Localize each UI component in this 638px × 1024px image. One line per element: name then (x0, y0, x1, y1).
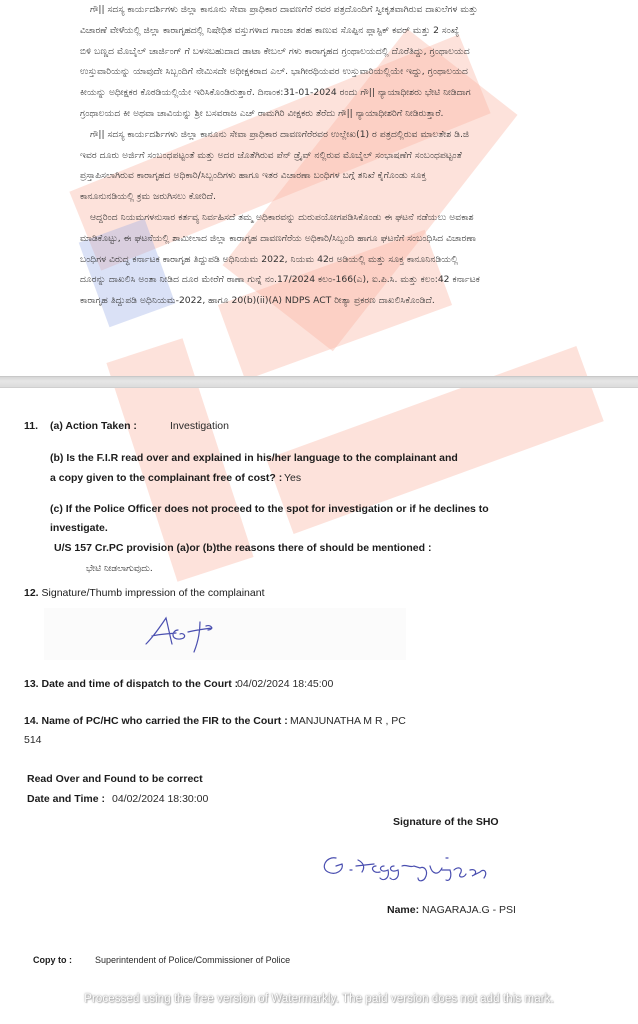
readover-date-value: 04/02/2024 18:30:00 (112, 793, 208, 805)
officer-decline-reason: ಭೇಟಿ ನೀಡಲಾಗುವುದು. (86, 564, 153, 574)
readover-date-label: Date and Time : (27, 793, 105, 805)
sho-signature-label: Signature of the SHO (393, 816, 499, 828)
fir-read-question-line2: a copy given to the complainant free of … (50, 472, 282, 484)
document-page: ಗೌ|| ಸದಸ್ಯ ಕಾರ್ಯದರ್ಶಿಗಳು ಜಿಲ್ಲಾ ಕಾನೂನು ಸ… (0, 0, 638, 1024)
text-line: ಕಾನೂನುನಡಿಯಲ್ಲಿ ಕ್ರಮ ಜರುಗಿಸಲು ಕೋರಿದೆ. (80, 187, 580, 208)
page-break-divider (0, 376, 638, 388)
officer-decline-question-line1: (c) If the Police Officer does not proce… (50, 503, 489, 515)
fir-carrier-value-cont: 514 (24, 734, 42, 746)
fir-carrier-value: MANJUNATHA M R , PC (290, 715, 406, 727)
watermark-notice: Processed using the free version of Wate… (0, 993, 638, 1005)
sho-name: Name: NAGARAJA.G - PSI (387, 904, 516, 916)
complainant-signature-icon (140, 612, 240, 660)
officer-decline-question-line2: investigate. (50, 522, 108, 534)
text-line: ಆದ್ದರಿಂದ ನಿಯಮಗಳನುಸಾರ ಕರ್ತವ್ಯ ನಿರ್ವಹಿಸದೆ … (80, 208, 580, 229)
readover-label: Read Over and Found to be correct (27, 773, 203, 785)
text-line: ಕೀಯನ್ನು ಅಧೀಕ್ಷಕರ ಕೊಠಡಿಯಲ್ಲಿಯೇ ಇರಿಸಿಕೊಂಡಿ… (80, 83, 580, 104)
dispatch-to-court-label: 13. Date and time of dispatch to the Cou… (24, 678, 238, 690)
action-taken-value: Investigation (170, 420, 229, 432)
officer-decline-question-line3: U/S 157 Cr.PC provision (a)or (b)the rea… (54, 542, 431, 554)
text-line: ಗೌ|| ಸದಸ್ಯ ಕಾರ್ಯದರ್ಶಿಗಳು ಜಿಲ್ಲಾ ಕಾನೂನು ಸ… (80, 125, 580, 146)
fir-read-question-line1: (b) Is the F.I.R read over and explained… (50, 452, 458, 464)
text-line: ಗ್ರಂಥಾಲಯದ ಕೀ ಅಥವಾ ಚಾವಿಯನ್ನು ಶ್ರೀ ಬಸವರಾಜ … (80, 104, 580, 125)
sho-signature-icon (318, 848, 548, 886)
text-line: ಇವರ ದೂರು ಅರ್ಜಿಗೆ ಸಂಬಂಧಪಟ್ಟಂತೆ ಮತ್ತು ಅದರ … (80, 146, 580, 167)
text-line: ವಿಚಾರಣೆ ವೇಳೆಯಲ್ಲಿ ಜಿಲ್ಲಾ ಕಾರಾಗೃಹದಲ್ಲಿ ನಿ… (80, 21, 580, 42)
kannada-complaint-text: ಗೌ|| ಸದಸ್ಯ ಕಾರ್ಯದರ್ಶಿಗಳು ಜಿಲ್ಲಾ ಕಾನೂನು ಸ… (80, 0, 580, 312)
text-line: ಪ್ರಸ್ತಾಪಿಸಲಾಗಿರುವ ಕಾರಾಗೃಹದ ಅಧಿಕಾರಿ/ಸಿಬ್ಬ… (80, 166, 580, 187)
sho-name-label: Name: (387, 904, 419, 916)
text-line: ಕಾರಾಗೃಹ ತಿದ್ದುಪಡಿ ಅಧಿನಿಯಮ-2022, ಹಾಗೂ 20(… (80, 291, 580, 312)
sho-name-value: NAGARAJA.G - PSI (422, 904, 516, 916)
text-line: ಬಿಳಿ ಬಣ್ಣದ ಮೊಬೈಲ್ ಚಾರ್ಜಿಂಗ್ ಗೆ ಬಳಸಬಹುದಾದ… (80, 42, 580, 63)
complainant-signature-text: Signature/Thumb impression of the compla… (42, 587, 265, 599)
text-line: ದೂರನ್ನು ದಾಖಲಿಸಿ ಅಂತಾ ನೀಡಿದ ದೂರ ಮೇರೆಗೆ ಠಾ… (80, 270, 580, 291)
copy-to-label: Copy to : (33, 955, 72, 965)
fir-read-answer: Yes (284, 472, 301, 484)
section-11-number: 11. (24, 420, 38, 432)
fir-carrier-label: 14. Name of PC/HC who carried the FIR to… (24, 715, 288, 727)
action-taken-label: (a) Action Taken : (50, 420, 137, 432)
text-line: ಗೌ|| ಸದಸ್ಯ ಕಾರ್ಯದರ್ಶಿಗಳು ಜಿಲ್ಲಾ ಕಾನೂನು ಸ… (80, 0, 580, 21)
copy-to-value: Superintendent of Police/Commissioner of… (95, 955, 290, 965)
text-line: ಉಸ್ತುವಾರಿಯನ್ನು ಯಾವುದೇ ಸಿಬ್ಬಂದಿಗೆ ನೇಮಿಸದೇ… (80, 62, 580, 83)
complainant-signature-label: 12. Signature/Thumb impression of the co… (24, 587, 264, 599)
dispatch-to-court-value: 04/02/2024 18:45:00 (237, 678, 333, 690)
text-line: ಬಂಧಿಗಳ ವಿರುದ್ಧ ಕರ್ನಾಟಕ ಕಾರಾಗೃಹ ತಿದ್ದುಪಡಿ… (80, 250, 580, 271)
text-line: ಮಾಡಿಕೊಟ್ಟು, ಈ ಘಟನೆಯಲ್ಲಿ ಶಾಮೀಲಾದ ಜಿಲ್ಲಾ ಕ… (80, 229, 580, 250)
